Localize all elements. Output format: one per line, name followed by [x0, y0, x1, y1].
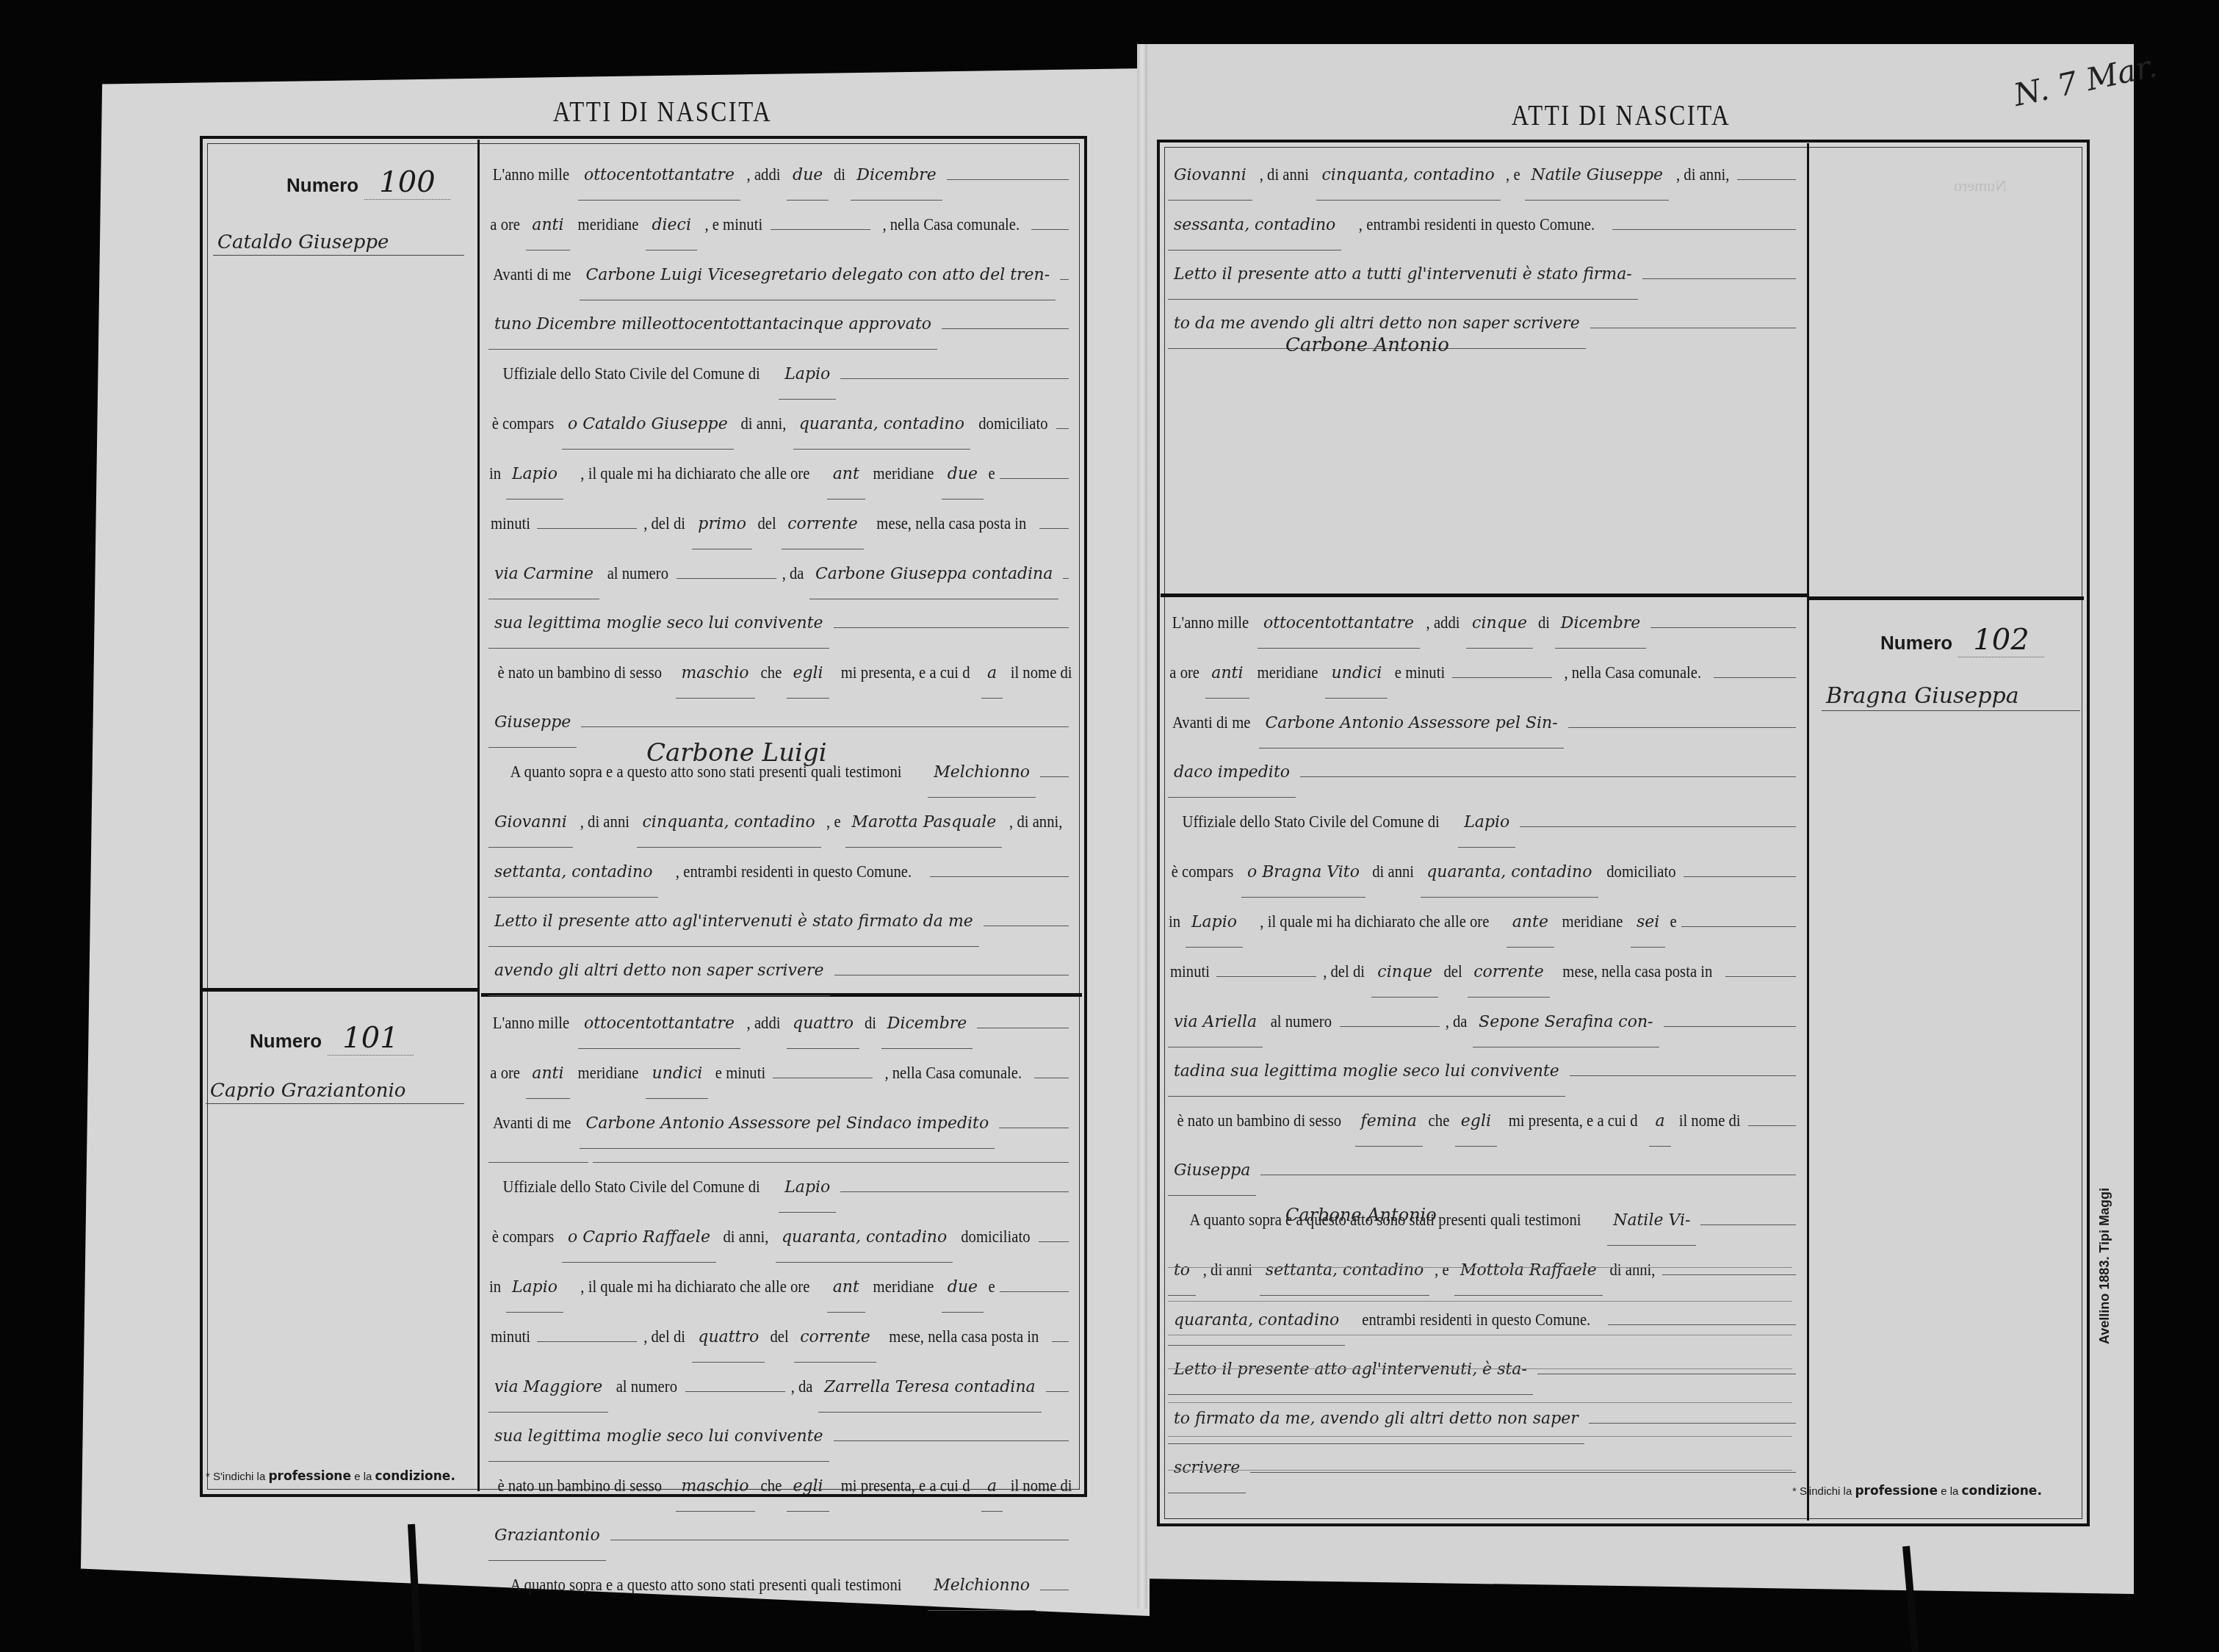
act-line: L'anno milleottocentottantatre, addicinq… [1168, 599, 1796, 649]
act-line: minuti, del dicinquedelcorrentemese, nel… [1168, 948, 1796, 998]
printed-text: è compars [492, 400, 555, 448]
act-line [488, 1149, 1069, 1163]
handwritten-entry [537, 528, 637, 529]
act-number: Numero100 [286, 165, 450, 199]
printed-text: Uffiziale dello Stato Civile del Comune … [502, 1163, 759, 1211]
printed-text: che [1428, 1097, 1449, 1145]
act-line: Uffiziale dello Stato Civile del Comune … [488, 350, 1069, 400]
printed-text: al numero [607, 549, 668, 598]
handwritten-entry: quattro [787, 1000, 859, 1049]
handwritten-entry [773, 1078, 873, 1078]
blank-rule [610, 1526, 1069, 1540]
officer-signature: Carbone Luigi [646, 738, 827, 768]
act-line: settanta, contadino, entrambi residenti … [488, 848, 1069, 898]
handwritten-entry: Lapio [1458, 798, 1515, 848]
handwritten-entry: egli [787, 649, 829, 699]
handwritten-entry: via Maggiore [488, 1363, 608, 1413]
handwritten-entry [1216, 976, 1316, 977]
handwritten-entry: to [1168, 1247, 1196, 1296]
officer-signature: Carbone Antonio [1285, 1205, 1437, 1225]
printed-text: a ore [490, 201, 520, 249]
printed-text: meridiane [577, 1049, 638, 1097]
act-line: sua legittima moglie seco lui convivente [488, 599, 1069, 649]
handwritten-entry: Graziantonio [488, 1512, 606, 1561]
handwritten-entry: sessanta, contadino [1168, 201, 1341, 250]
printed-text: , di anni [1260, 151, 1309, 199]
footnote: * S'indichi la professione e la condizio… [1792, 1484, 2042, 1498]
printed-text: , entrambi residenti in questo Comune. [676, 848, 912, 896]
printed-text: mese, nella casa posta in [876, 499, 1026, 548]
margin-name: Cataldo Giuseppe [213, 231, 464, 256]
printed-text: , da [790, 1363, 812, 1411]
left-column-divider [477, 140, 480, 1491]
act-line: è comparso Caprio Raffaeledi anni,quaran… [488, 1213, 1069, 1263]
blank-rule [1000, 465, 1069, 479]
act-line: L'anno milleottocentottantatre, addiquat… [488, 999, 1069, 1049]
handwritten-entry: o Cataldo Giuseppe [562, 400, 734, 450]
blank-rule [1039, 515, 1069, 529]
handwritten-entry: corrente [782, 500, 864, 549]
printed-text: meridiane [577, 201, 638, 249]
handwritten-entry [676, 578, 776, 579]
act-line: a oreantimeridianeundicie minuti, nella … [488, 1049, 1069, 1099]
handwritten-entry: sua legittima moglie seco lui convivente [488, 1413, 829, 1462]
handwritten-entry [1340, 1026, 1440, 1027]
handwritten-entry: ant [827, 450, 865, 499]
handwritten-entry: tadina sua legittima moglie seco lui con… [1168, 1047, 1565, 1097]
printed-text: , di anni, [1676, 151, 1729, 199]
numero-label: Numero [250, 1030, 322, 1052]
blank-rule [1570, 1062, 1796, 1076]
act-line: sua legittima moglie seco lui convivente [488, 1413, 1069, 1462]
blank-rule [1725, 963, 1796, 977]
handwritten-entry: femina [1355, 1097, 1423, 1147]
handwritten-entry: ottocentottantatre [1258, 599, 1420, 649]
printed-text: il nome di [1011, 649, 1072, 697]
printed-text: a ore [1169, 649, 1199, 697]
act-line: inLapio, il quale mi ha dichiarato che a… [488, 1263, 1069, 1313]
blank-rule [1063, 565, 1069, 579]
printed-text: domiciliato [978, 400, 1047, 448]
act-line: daco impedito [1168, 749, 1796, 798]
printed-text: meridiane [873, 450, 934, 498]
blank-rule [1520, 813, 1796, 827]
handwritten-entry: Giuseppa [1168, 1147, 1256, 1196]
act-line: è nato un bambino di sessomaschiocheegli… [488, 1462, 1069, 1512]
printed-text: e minuti [1395, 649, 1445, 697]
printed-text: , nella Casa comunale. [882, 201, 1020, 249]
blank-rule [834, 962, 1069, 975]
act-line: sessanta, contadino, entrambi residenti … [1168, 201, 1796, 250]
act-number: Numero102 [1880, 623, 2044, 657]
handwritten-entry: Giovanni [488, 798, 573, 848]
handwritten-entry: Letto il presente atto a tutti gl'interv… [1168, 250, 1638, 300]
blank-rule [1040, 763, 1069, 777]
printed-text: mi presenta, e a cui d [840, 1462, 970, 1510]
handwritten-entry: Marotta Pasquale [845, 798, 1002, 848]
handwritten-entry: Carbone Antonio Assessore pel Sin- [1259, 699, 1563, 749]
act-line: A quanto sopra e a questo atto sono stat… [488, 1561, 1069, 1611]
blank-rule [1040, 1576, 1069, 1590]
act-line: inLapio, il quale mi ha dichiarato che a… [1168, 898, 1796, 948]
printed-text: che [760, 1462, 782, 1510]
printed-text: domiciliato [1606, 848, 1675, 896]
printed-text: il nome di [1011, 1462, 1072, 1510]
printed-text: di anni, [723, 1213, 768, 1261]
officer-signature: Carbone Antonio [1285, 334, 1449, 356]
blank-rule [1060, 266, 1069, 280]
printed-text: , e [1506, 151, 1520, 199]
act-line: Letto il presente atto agl'intervenuti è… [488, 898, 1069, 947]
printed-text: di [1538, 599, 1550, 647]
handwritten-entry: Dicembre [881, 1000, 973, 1049]
handwritten-entry: anti [526, 1050, 569, 1099]
printed-text: meridiane [1257, 649, 1318, 697]
printed-text: , il quale mi ha dichiarato che alle ore [580, 1263, 809, 1311]
handwritten-entry: Lapio [779, 1164, 836, 1213]
blank-rule [840, 1178, 1069, 1192]
blank-rule [1684, 863, 1796, 877]
handwritten-entry: Lapio [506, 450, 563, 499]
blank-rule [1260, 1161, 1796, 1175]
act-line: Avanti di meCarbone Antonio Assessore pe… [1168, 699, 1796, 749]
printed-text: minuti [1170, 948, 1210, 996]
printed-text: , nella Casa comunale. [1565, 649, 1702, 697]
handwritten-entry: a [981, 1462, 1003, 1512]
handwritten-entry: o Bragna Vito [1241, 848, 1365, 898]
act-line: tuno Dicembre milleottocentottantacinque… [488, 300, 1069, 350]
act-line: a oreantimeridianeundicie minuti, nella … [1168, 649, 1796, 699]
handwritten-entry: quaranta, contadino [1421, 848, 1598, 898]
act-line: è comparso Cataldo Giuseppedi anni,quara… [488, 400, 1069, 450]
act-line: è nato un bambino di sessomaschiocheegli… [488, 649, 1069, 699]
blank-rule [1537, 1360, 1796, 1374]
handwritten-entry: Letto il presente atto agl'intervenuti, … [1168, 1346, 1533, 1395]
ruled-line [1168, 1267, 1792, 1268]
blank-rule [1737, 166, 1796, 180]
printed-text: di anni, [740, 400, 786, 448]
blank-rule [1662, 1261, 1796, 1275]
handwritten-entry: maschio [676, 1462, 755, 1512]
handwritten-entry: undici [1325, 649, 1388, 699]
act-line: inLapio, il quale mi ha dichiarato che a… [488, 450, 1069, 499]
blank-rule [1056, 415, 1069, 429]
handwritten-entry: egli [1455, 1097, 1497, 1147]
printed-text: L'anno mille [493, 999, 569, 1047]
printer-imprint: Avellino 1883. Tipi Maggi [2097, 1188, 2112, 1344]
numero-value: 100 [364, 165, 450, 200]
blank-rule [1681, 913, 1796, 927]
right-page-title: ATTI DI NASCITA [1512, 98, 1731, 132]
handwritten-entry: Letto il presente atto agl'intervenuti è… [488, 898, 979, 947]
printed-text: , di anni [580, 798, 629, 846]
numero-value: 102 [1958, 623, 2043, 657]
act-line: è nato un bambino di sessofeminacheeglim… [1168, 1097, 1796, 1147]
printed-text: meridiane [873, 1263, 934, 1311]
blank-rule [840, 365, 1069, 379]
printed-text: del [1444, 948, 1462, 996]
handwritten-entry: Mottola Raffaele [1454, 1247, 1603, 1296]
right-act-separator-body [1161, 594, 1807, 597]
printed-text: è compars [1172, 848, 1234, 896]
printed-text: meridiane [1562, 898, 1623, 946]
handwritten-entry: ant [827, 1263, 865, 1313]
handwritten-entry: due [942, 1263, 984, 1313]
printed-text: in [489, 450, 501, 498]
handwritten-entry: Dicembre [851, 151, 942, 201]
act-line: è comparso Bragna Vitodi anniquaranta, c… [1168, 848, 1796, 898]
printed-text: e [989, 450, 995, 498]
printed-text: e [1670, 898, 1677, 946]
printed-text: Avanti di me [493, 1099, 571, 1147]
act-line: Uffiziale dello Stato Civile del Comune … [488, 1163, 1069, 1213]
printed-text: , addi [1426, 599, 1460, 647]
handwritten-entry [771, 229, 870, 230]
ruled-line [1168, 1368, 1792, 1369]
printed-text: domiciliato [961, 1213, 1031, 1261]
handwritten-entry: quaranta, contadino [1168, 1296, 1345, 1346]
printed-text: e minuti [715, 1049, 765, 1097]
birth-act-body: L'anno milleottocentottantatre, addicinq… [1168, 599, 1796, 1493]
ruled-line [1168, 1470, 1792, 1471]
handwritten-entry: ante [1507, 898, 1554, 948]
printed-text: , addi [747, 999, 781, 1047]
printed-text: L'anno mille [1172, 599, 1249, 647]
ruled-line [1168, 1301, 1792, 1302]
handwritten-entry: corrente [1468, 948, 1550, 998]
numero-label: Numero [1880, 632, 1952, 654]
blank-rule [977, 1014, 1069, 1028]
printed-text: Avanti di me [1172, 699, 1251, 747]
printed-text: , di anni [1203, 1246, 1252, 1294]
handwritten-entry: Giuseppe [488, 699, 577, 748]
handwritten-entry: sua legittima moglie seco lui convivente [488, 599, 829, 649]
printed-text: A quanto sopra e a questo atto sono stat… [510, 1561, 902, 1609]
handwritten-entry: Natile Vi- [1607, 1197, 1696, 1246]
handwritten-entry: o Caprio Raffaele [562, 1213, 716, 1263]
act-number: Numero101 [250, 1021, 414, 1055]
show-through-numero: Numero [1954, 176, 2007, 195]
left-page-title: ATTI DI NASCITA [553, 94, 772, 129]
act-line: minuti, del diprimodelcorrentemese, nell… [488, 499, 1069, 549]
ruled-line [1168, 1436, 1792, 1437]
blank-rule [1589, 1410, 1796, 1424]
handwritten-entry: Sepone Serafina con- [1473, 998, 1659, 1047]
blank-rule [1052, 1328, 1069, 1342]
printed-text: di [834, 151, 845, 199]
blank-rule [984, 912, 1069, 926]
blank-rule [1664, 1013, 1796, 1027]
blank-rule [930, 863, 1069, 877]
blank-rule [1590, 314, 1796, 328]
handwritten-entry: Lapio [1186, 898, 1243, 948]
blank-rule [593, 1149, 1069, 1163]
handwritten-entry: primo [692, 500, 752, 549]
numero-label: Numero [286, 174, 358, 196]
blank-rule [1031, 216, 1069, 230]
handwritten-entry: corrente [794, 1313, 876, 1363]
printed-text: , addi [747, 151, 781, 199]
printed-text: , di anni, [1009, 798, 1062, 846]
printed-text: , da [1446, 998, 1468, 1046]
footnote: * S'indichi la professione e la condizio… [206, 1469, 455, 1484]
handwritten-entry: cinquanta, contadino [637, 798, 821, 848]
printed-text: e [989, 1263, 995, 1311]
handwritten-entry: undici [646, 1050, 708, 1099]
act-line: scrivere [1168, 1444, 1796, 1493]
printed-text: mese, nella casa posta in [1562, 948, 1712, 996]
handwritten-entry: Carbone Antonio Assessore pel Sindaco im… [580, 1100, 995, 1149]
printed-text: è nato un bambino di sesso [497, 1462, 662, 1510]
act-line: Avanti di meCarbone Luigi Vicesegretario… [488, 250, 1069, 300]
printed-text: , e [826, 798, 841, 846]
handwritten-entry: Giovanni [1168, 151, 1252, 201]
blank-rule [1748, 1112, 1796, 1126]
blank-rule [1034, 1064, 1069, 1078]
handwritten-entry [537, 1341, 637, 1342]
act-line: Letto il presente atto agl'intervenuti, … [1168, 1346, 1796, 1395]
handwritten-entry: via Carmine [488, 550, 599, 599]
printed-text: entrambi residenti in questo Comune. [1363, 1296, 1591, 1344]
handwritten-entry: quattro [692, 1313, 765, 1363]
handwritten-entry: cinque [1466, 599, 1533, 649]
birth-act-body: L'anno milleottocentottantatre, addiquat… [488, 999, 1069, 1611]
blank-rule [1039, 1228, 1069, 1242]
act-line: to, di annisettanta, contadino, eMottola… [1168, 1246, 1796, 1296]
blank-rule [1608, 1311, 1796, 1325]
act-line: via Maggioreal numero, daZarrella Teresa… [488, 1363, 1069, 1413]
blank-rule [947, 166, 1069, 180]
printed-text: , il quale mi ha dichiarato che alle ore [580, 450, 809, 498]
blank-rule [581, 713, 1069, 727]
birth-act-body: L'anno milleottocentottantatre, addidued… [488, 151, 1069, 996]
printed-text: minuti [491, 499, 530, 548]
handwritten-entry: due [942, 450, 984, 499]
blank-rule [1642, 265, 1796, 279]
left-act-separator-margin [202, 988, 477, 992]
handwritten-entry: avendo gli altri detto non saper scriver… [488, 947, 830, 996]
printed-text: , da [782, 549, 804, 598]
ruled-line [1168, 1335, 1792, 1335]
blank-rule [1000, 1278, 1069, 1292]
blank-rule [1046, 1378, 1069, 1392]
ruled-line [1168, 1402, 1792, 1403]
handwritten-entry: quaranta, contadino [776, 1213, 953, 1263]
blank-rule [1250, 1459, 1796, 1473]
printed-text: mi presenta, e a cui d [840, 649, 970, 697]
numero-value: 101 [328, 1021, 413, 1056]
handwritten-entry: Melchionno [928, 749, 1036, 798]
right-act-separator-margin [1808, 596, 2084, 600]
printed-text: minuti [491, 1313, 530, 1361]
act-line: quaranta, contadinoentrambi residenti in… [1168, 1296, 1796, 1346]
blank-rule [942, 315, 1069, 329]
printed-text: è nato un bambino di sesso [497, 649, 662, 697]
handwritten-entry: Melchionno [928, 1562, 1036, 1611]
printed-text: , e [1435, 1246, 1449, 1294]
handwritten-entry: Lapio [779, 350, 836, 400]
handwritten-entry: quaranta, contadino [793, 400, 970, 450]
printed-text: , nella Casa comunale. [885, 1049, 1022, 1097]
act-line: Giovanni, di annicinquanta, contadino, e… [1168, 151, 1796, 201]
printed-text: che [760, 649, 782, 697]
act-line: A quanto sopra e a questo atto sono stat… [1168, 1196, 1796, 1246]
act-line: to da me avendo gli altri detto non sape… [1168, 300, 1796, 349]
printed-text: è compars [492, 1213, 555, 1261]
handwritten-entry [685, 1391, 785, 1392]
act-line: Letto il presente atto a tutti gl'interv… [1168, 250, 1796, 300]
handwritten-entry: settanta, contadino [488, 848, 658, 898]
handwritten-entry: dieci [646, 201, 697, 250]
blank-rule [834, 1427, 1069, 1441]
act-line: Graziantonio [488, 1512, 1069, 1561]
printed-text: al numero [616, 1363, 677, 1411]
handwritten-entry: Carbone Luigi Vicesegretario delegato co… [580, 251, 1056, 300]
blank-rule [834, 614, 1069, 628]
act-line: a oreantimeridianedieci, e minuti, nella… [488, 201, 1069, 250]
printed-text: Uffiziale dello Stato Civile del Comune … [1182, 798, 1439, 846]
act-line: tadina sua legittima moglie seco lui con… [1168, 1047, 1796, 1097]
blank-rule [1700, 1211, 1796, 1225]
handwritten-entry: tuno Dicembre milleottocentottantacinque… [488, 300, 937, 350]
printed-text: a ore [490, 1049, 520, 1097]
printed-text: mese, nella casa posta in [889, 1313, 1039, 1361]
handwritten-entry: sei [1631, 898, 1665, 948]
handwritten-entry: a [981, 649, 1003, 699]
handwritten-entry: daco impedito [1168, 749, 1296, 798]
handwritten-entry: Carbone Giuseppa contadina [809, 550, 1058, 599]
blank-rule [1612, 216, 1796, 230]
act-line: minuti, del diquattrodelcorrentemese, ne… [488, 1313, 1069, 1363]
handwritten-entry: settanta, contadino [1260, 1247, 1429, 1296]
blank-rule [1714, 664, 1796, 678]
printed-text: di [865, 999, 876, 1047]
printed-text: , del di [643, 499, 685, 548]
printed-text: , entrambi residenti in questo Comune. [1359, 201, 1595, 249]
margin-name: Bragna Giuseppa [1822, 683, 2080, 711]
printed-text: in [1169, 898, 1180, 946]
printed-text: , del di [1323, 948, 1365, 996]
binding-gutter [1137, 44, 1147, 1609]
printed-text: di anni, [1609, 1246, 1655, 1294]
printed-text: in [489, 1263, 501, 1311]
blank-rule [1650, 614, 1796, 628]
printed-text: del [757, 499, 776, 548]
blank-rule [1300, 763, 1796, 777]
act-line: Giovanni, di annicinquanta, contadino, e… [488, 798, 1069, 848]
handwritten-entry: egli [787, 1462, 829, 1512]
printed-text: , il quale mi ha dichiarato che alle ore [1260, 898, 1489, 946]
handwritten-entry: cinquanta, contadino [1316, 151, 1501, 201]
printed-text: del [771, 1313, 789, 1361]
printed-text: , del di [643, 1313, 685, 1361]
printed-text: , e minuti [704, 201, 762, 249]
handwritten-entry: ottocentottantatre [578, 151, 740, 201]
handwritten-entry: a [1649, 1097, 1670, 1147]
handwritten-entry: scrivere [1168, 1444, 1246, 1493]
blank-rule [999, 1114, 1069, 1128]
handwritten-entry: via Ariella [1168, 998, 1263, 1047]
act-line: Giuseppa [1168, 1147, 1796, 1196]
act-line: Uffiziale dello Stato Civile del Comune … [1168, 798, 1796, 848]
printed-text: Avanti di me [493, 250, 571, 299]
handwritten-entry: Zarrella Teresa contadina [818, 1363, 1042, 1413]
handwritten-entry: Lapio [506, 1263, 563, 1313]
handwritten-entry: due [787, 151, 829, 201]
handwritten-entry: Natile Giuseppe [1525, 151, 1669, 201]
continued-act-body: Giovanni, di annicinquanta, contadino, e… [1168, 151, 1796, 349]
act-line: avendo gli altri detto non saper scriver… [488, 947, 1069, 996]
